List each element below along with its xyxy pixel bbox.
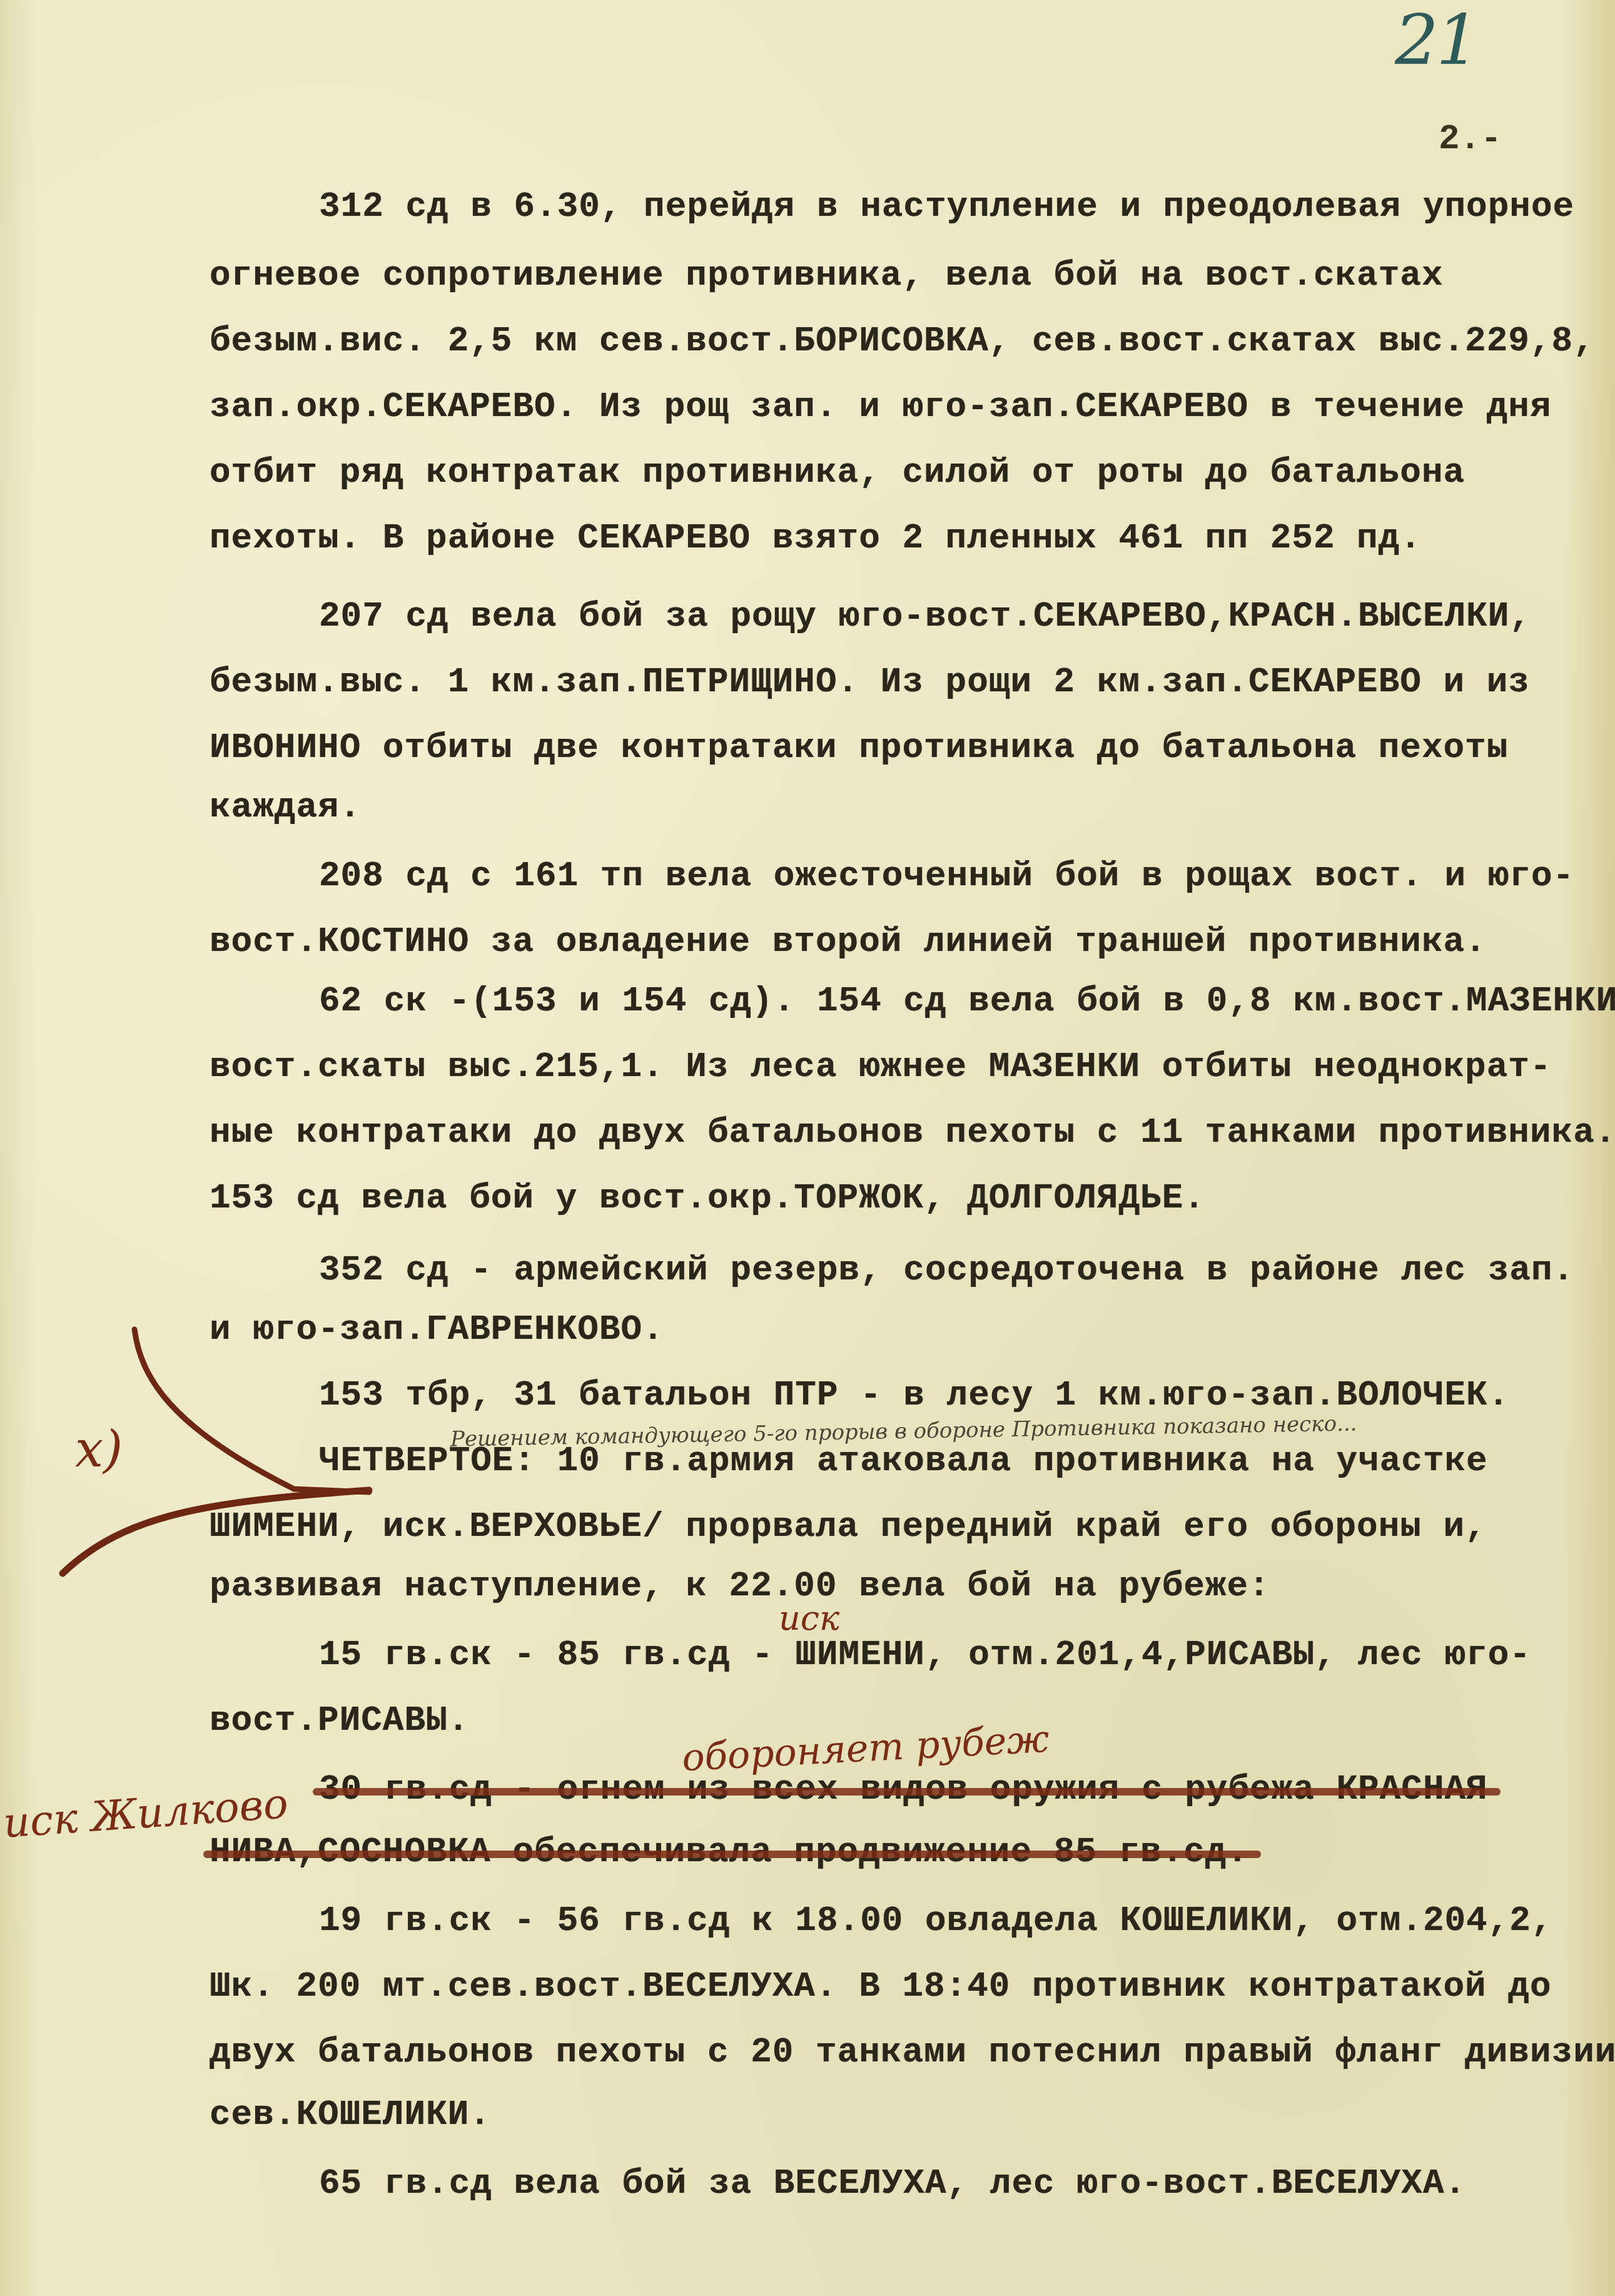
document-page: 21 2.- 312 сд в 6.30, перейдя в наступле… <box>0 0 1615 2296</box>
margin-mark-x: х) <box>75 1420 123 1478</box>
red-pencil-bracket-icon <box>0 0 1615 2296</box>
insert-isk: иск <box>779 1598 839 1638</box>
